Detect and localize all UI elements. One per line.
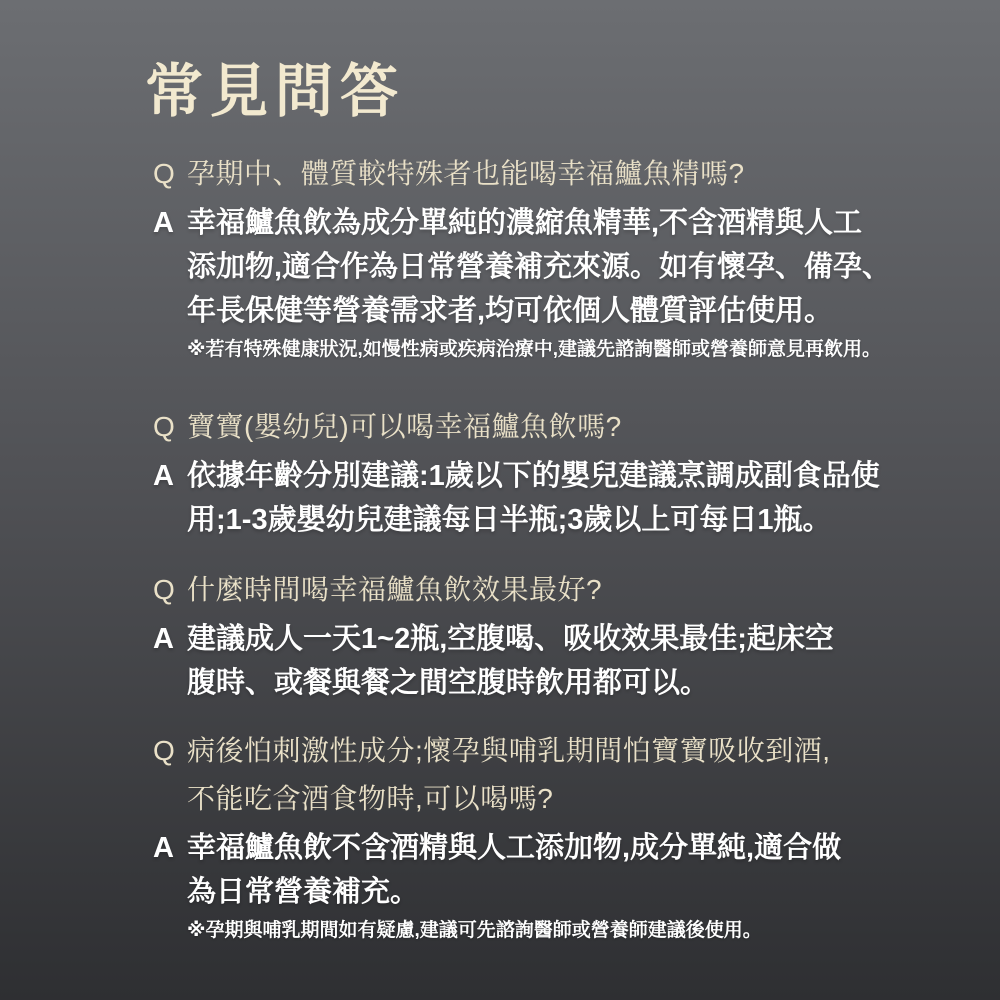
faq-item: Q 孕期中、體質較特殊者也能喝幸福鱸魚精嗎? A 幸福鱸魚飲為成分單純的濃縮魚精… [153,150,940,362]
answer-label: A [153,201,187,245]
faq-item: Q 病後怕刺激性成分;懷孕與哺乳期間怕寶寶吸收到酒, 不能吃含酒食物時,可以喝嗎… [153,727,940,943]
answer-label: A [153,826,187,870]
question-row: Q 病後怕刺激性成分;懷孕與哺乳期間怕寶寶吸收到酒, 不能吃含酒食物時,可以喝嗎… [153,727,940,823]
question-text: 寶寶(嬰幼兒)可以喝幸福鱸魚飲嗎? [187,403,622,451]
question-label: Q [153,403,187,451]
answer-row: A 幸福鱸魚飲為成分單純的濃縮魚精華,不含酒精與人工 添加物,適合作為日常營養補… [153,201,940,333]
answer-text: 建議成人一天1~2瓶,空腹喝、吸收效果最佳;起床空 腹時、或餐與餐之間空腹時飲用… [187,617,834,705]
page-title: 常見問答 [145,63,940,121]
faq-item: Q 什麼時間喝幸福鱸魚飲效果最好? A 建議成人一天1~2瓶,空腹喝、吸收效果最… [153,566,940,705]
answer-text: 幸福鱸魚飲不含酒精與人工添加物,成分單純,適合做 為日常營養補充。 [187,826,841,914]
question-label: Q [153,150,187,198]
answer-label: A [153,617,187,661]
question-text: 什麼時間喝幸福鱸魚飲效果最好? [187,566,602,614]
question-row: Q 什麼時間喝幸福鱸魚飲效果最好? [153,566,940,614]
disclaimer-note: ※若有特殊健康狀況,如慢性病或疾病治療中,建議先諮詢醫師或營養師意見再飲用。 [187,338,940,362]
answer-text: 幸福鱸魚飲為成分單純的濃縮魚精華,不含酒精與人工 添加物,適合作為日常營養補充來… [187,201,891,333]
answer-row: A 建議成人一天1~2瓶,空腹喝、吸收效果最佳;起床空 腹時、或餐與餐之間空腹時… [153,617,940,705]
question-text: 孕期中、體質較特殊者也能喝幸福鱸魚精嗎? [187,150,745,198]
question-row: Q 寶寶(嬰幼兒)可以喝幸福鱸魚飲嗎? [153,403,940,451]
answer-text: 依據年齡分別建議:1歲以下的嬰兒建議烹調成副食品使 用;1-3歲嬰幼兒建議每日半… [187,454,880,542]
question-text: 病後怕刺激性成分;懷孕與哺乳期間怕寶寶吸收到酒, 不能吃含酒食物時,可以喝嗎? [187,727,831,823]
question-label: Q [153,566,187,614]
answer-row: A 幸福鱸魚飲不含酒精與人工添加物,成分單純,適合做 為日常營養補充。 [153,826,940,914]
faq-page: 常見問答 Q 孕期中、體質較特殊者也能喝幸福鱸魚精嗎? A 幸福鱸魚飲為成分單純… [0,0,1000,1000]
answer-row: A 依據年齡分別建議:1歲以下的嬰兒建議烹調成副食品使 用;1-3歲嬰幼兒建議每… [153,454,940,542]
question-label: Q [153,727,187,775]
disclaimer-note: ※孕期與哺乳期間如有疑慮,建議可先諮詢醫師或營養師建議後使用。 [187,919,940,943]
faq-item: Q 寶寶(嬰幼兒)可以喝幸福鱸魚飲嗎? A 依據年齡分別建議:1歲以下的嬰兒建議… [153,403,940,542]
answer-label: A [153,454,187,498]
question-row: Q 孕期中、體質較特殊者也能喝幸福鱸魚精嗎? [153,150,940,198]
